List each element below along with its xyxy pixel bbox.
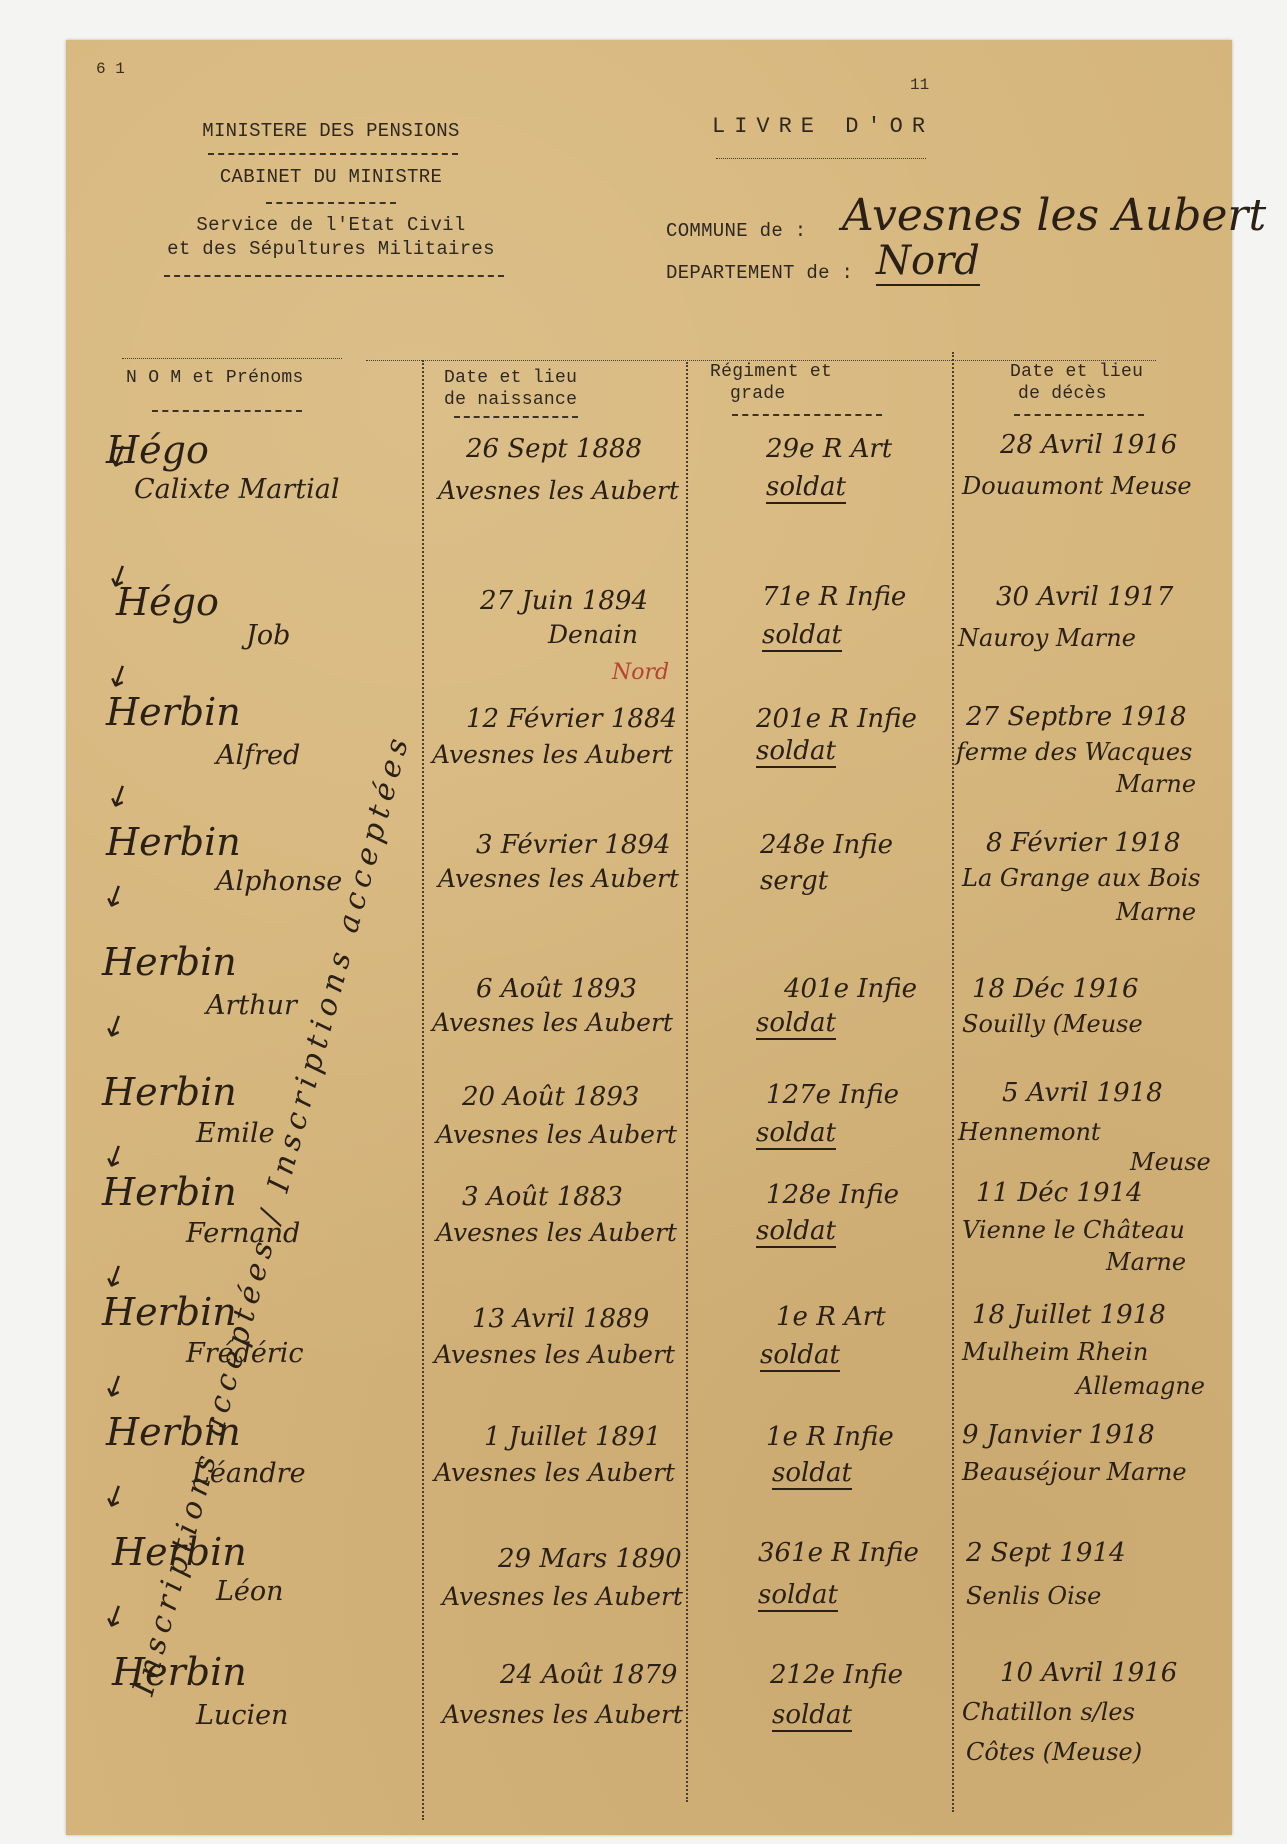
cabinet-title: CABINET DU MINISTRE xyxy=(190,166,472,188)
given-names: Job xyxy=(246,620,290,651)
regiment: 127e Infie xyxy=(766,1080,899,1110)
regiment: 212e Infie xyxy=(770,1660,903,1690)
corner-mark: 6 1 xyxy=(96,60,125,78)
regiment: 361e R Infie xyxy=(758,1538,919,1568)
birth-place: Avesnes les Aubert xyxy=(432,740,673,769)
service-line2: et des Sépultures Militaires xyxy=(136,238,526,260)
surname: Herbin xyxy=(102,1290,237,1334)
given-names: Calixte Martial xyxy=(134,474,340,505)
document-page: 6 1 11 MINISTERE DES PENSIONS CABINET DU… xyxy=(66,40,1232,1835)
commune-value: Avesnes les Aubert xyxy=(842,190,1266,241)
death-place: Nauroy Marne xyxy=(958,624,1136,652)
birth-date: 1 Juillet 1891 xyxy=(484,1422,661,1452)
death-place: ferme des Wacques xyxy=(956,738,1192,766)
header-underline xyxy=(1014,414,1144,416)
col-header-birth-1: Date et lieu xyxy=(444,368,577,388)
birth-date: 24 Août 1879 xyxy=(500,1660,677,1690)
grade: soldat xyxy=(762,620,842,652)
grade: soldat xyxy=(756,1118,836,1150)
death-place-line2: Allemagne xyxy=(1076,1372,1205,1400)
death-date: 11 Déc 1914 xyxy=(976,1178,1143,1208)
death-place: Mulheim Rhein xyxy=(962,1338,1148,1366)
given-names: Lucien xyxy=(196,1700,288,1731)
surname: Herbin xyxy=(102,1170,237,1214)
surname: Herbin xyxy=(102,940,237,984)
arrow-icon: ↓ xyxy=(97,1367,133,1408)
birth-note-red: Nord xyxy=(612,660,669,685)
column-divider xyxy=(422,360,424,1820)
death-date: 2 Sept 1914 xyxy=(966,1538,1126,1568)
death-date: 18 Déc 1916 xyxy=(972,974,1139,1004)
regiment: 248e Infie xyxy=(760,830,893,860)
given-names: Arthur xyxy=(206,990,297,1021)
grade: soldat xyxy=(766,472,846,504)
ministry-title: MINISTERE DES PENSIONS xyxy=(190,120,472,142)
birth-place: Avesnes les Aubert xyxy=(442,1582,683,1611)
surname: Herbin xyxy=(102,1070,237,1114)
birth-date: 3 Août 1883 xyxy=(462,1182,623,1212)
birth-place: Denain xyxy=(548,620,638,649)
arrow-icon: ↓ xyxy=(101,777,137,818)
arrow-icon: ↓ xyxy=(97,877,133,918)
birth-place: Avesnes les Aubert xyxy=(434,1340,675,1369)
divider xyxy=(164,275,504,277)
death-place: Souilly (Meuse xyxy=(962,1010,1143,1038)
column-divider xyxy=(952,352,954,1812)
death-place-line2: Marne xyxy=(1116,898,1196,926)
birth-place: Avesnes les Aubert xyxy=(436,1120,677,1149)
death-place-line2: Meuse xyxy=(1130,1148,1211,1176)
given-names: Léon xyxy=(216,1576,284,1607)
death-place: Senlis Oise xyxy=(966,1582,1101,1610)
header-underline xyxy=(454,416,578,418)
birth-date: 12 Février 1884 xyxy=(466,704,677,734)
col-header-birth-2: de naissance xyxy=(444,390,577,410)
grade: soldat xyxy=(756,1008,836,1040)
birth-place: Avesnes les Aubert xyxy=(438,476,679,505)
regiment: 1e R Art xyxy=(776,1302,886,1332)
birth-place: Avesnes les Aubert xyxy=(438,864,679,893)
service-line1: Service de l'Etat Civil xyxy=(136,214,526,236)
header-underline xyxy=(732,414,882,416)
grade: soldat xyxy=(756,1216,836,1248)
birth-date: 6 Août 1893 xyxy=(476,974,637,1004)
birth-date: 27 Juin 1894 xyxy=(480,586,648,616)
birth-date: 26 Sept 1888 xyxy=(466,434,642,464)
birth-place: Avesnes les Aubert xyxy=(442,1700,683,1729)
surname: Hégo xyxy=(116,580,219,624)
grade: sergt xyxy=(760,866,828,896)
col-header-death-1: Date et lieu xyxy=(1010,362,1143,382)
death-date: 5 Avril 1918 xyxy=(1002,1078,1163,1108)
death-place: La Grange aux Bois xyxy=(962,864,1201,892)
departement-label: DEPARTEMENT de : xyxy=(666,262,853,284)
death-date: 9 Janvier 1918 xyxy=(962,1420,1155,1450)
death-place: Hennemont xyxy=(958,1118,1101,1146)
given-names: Alphonse xyxy=(216,866,342,897)
regiment: 128e Infie xyxy=(766,1180,899,1210)
arrow-icon: ↓ xyxy=(97,1477,133,1518)
regiment: 71e R Infie xyxy=(762,582,906,612)
birth-place: Avesnes les Aubert xyxy=(434,1458,675,1487)
col-header-death-2: de décès xyxy=(1018,384,1107,404)
death-place: Vienne le Château xyxy=(962,1216,1185,1244)
grade: soldat xyxy=(758,1580,838,1612)
regiment: 29e R Art xyxy=(766,434,892,464)
death-place: Douaumont Meuse xyxy=(962,472,1192,500)
regiment: 401e Infie xyxy=(784,974,917,1004)
grade: soldat xyxy=(772,1700,852,1732)
death-place-line2: Marne xyxy=(1116,770,1196,798)
given-names: Emile xyxy=(196,1118,275,1149)
death-date: 10 Avril 1916 xyxy=(1000,1658,1177,1688)
death-date: 27 Septbre 1918 xyxy=(966,702,1187,732)
grade: soldat xyxy=(760,1340,840,1372)
commune-label: COMMUNE de : xyxy=(666,220,806,242)
surname: Herbin xyxy=(106,820,241,864)
death-place-line2: Marne xyxy=(1106,1248,1186,1276)
surname: Herbin xyxy=(106,690,241,734)
death-date: 30 Avril 1917 xyxy=(996,582,1173,612)
birth-place: Avesnes les Aubert xyxy=(432,1008,673,1037)
top-mark: 11 xyxy=(910,76,929,94)
death-date: 8 Février 1918 xyxy=(986,828,1181,858)
divider xyxy=(208,153,458,155)
table-top-rule xyxy=(122,358,342,359)
birth-date: 13 Avril 1889 xyxy=(472,1304,649,1334)
col-header-regiment-2: grade xyxy=(730,384,786,404)
column-divider xyxy=(686,362,688,1802)
arrow-icon: ↓ xyxy=(97,1007,133,1048)
death-date: 28 Avril 1916 xyxy=(1000,430,1177,460)
death-place-line2: Côtes (Meuse) xyxy=(966,1738,1142,1766)
birth-date: 29 Mars 1890 xyxy=(498,1544,682,1574)
regiment: 201e R Infie xyxy=(756,704,917,734)
given-names: Alfred xyxy=(216,740,300,771)
departement-value: Nord xyxy=(876,238,980,286)
col-header-name: N O M et Prénoms xyxy=(126,368,304,388)
title-underline xyxy=(716,158,926,159)
regiment: 1e R Infie xyxy=(766,1422,894,1452)
birth-date: 20 Août 1893 xyxy=(462,1082,639,1112)
table-top-rule xyxy=(366,360,1156,361)
death-date: 18 Juillet 1918 xyxy=(972,1300,1166,1330)
arrow-icon: ↓ xyxy=(97,1597,133,1638)
birth-place: Avesnes les Aubert xyxy=(436,1218,677,1247)
grade: soldat xyxy=(772,1458,852,1490)
death-place: Chatillon s/les xyxy=(962,1698,1135,1726)
divider xyxy=(266,202,396,204)
birth-date: 3 Février 1894 xyxy=(476,830,671,860)
grade: soldat xyxy=(756,736,836,768)
header-underline xyxy=(152,410,302,412)
death-place: Beauséjour Marne xyxy=(962,1458,1187,1486)
livre-d-or-title: LIVRE D'OR xyxy=(712,114,934,139)
col-header-regiment-1: Régiment et xyxy=(710,362,832,382)
